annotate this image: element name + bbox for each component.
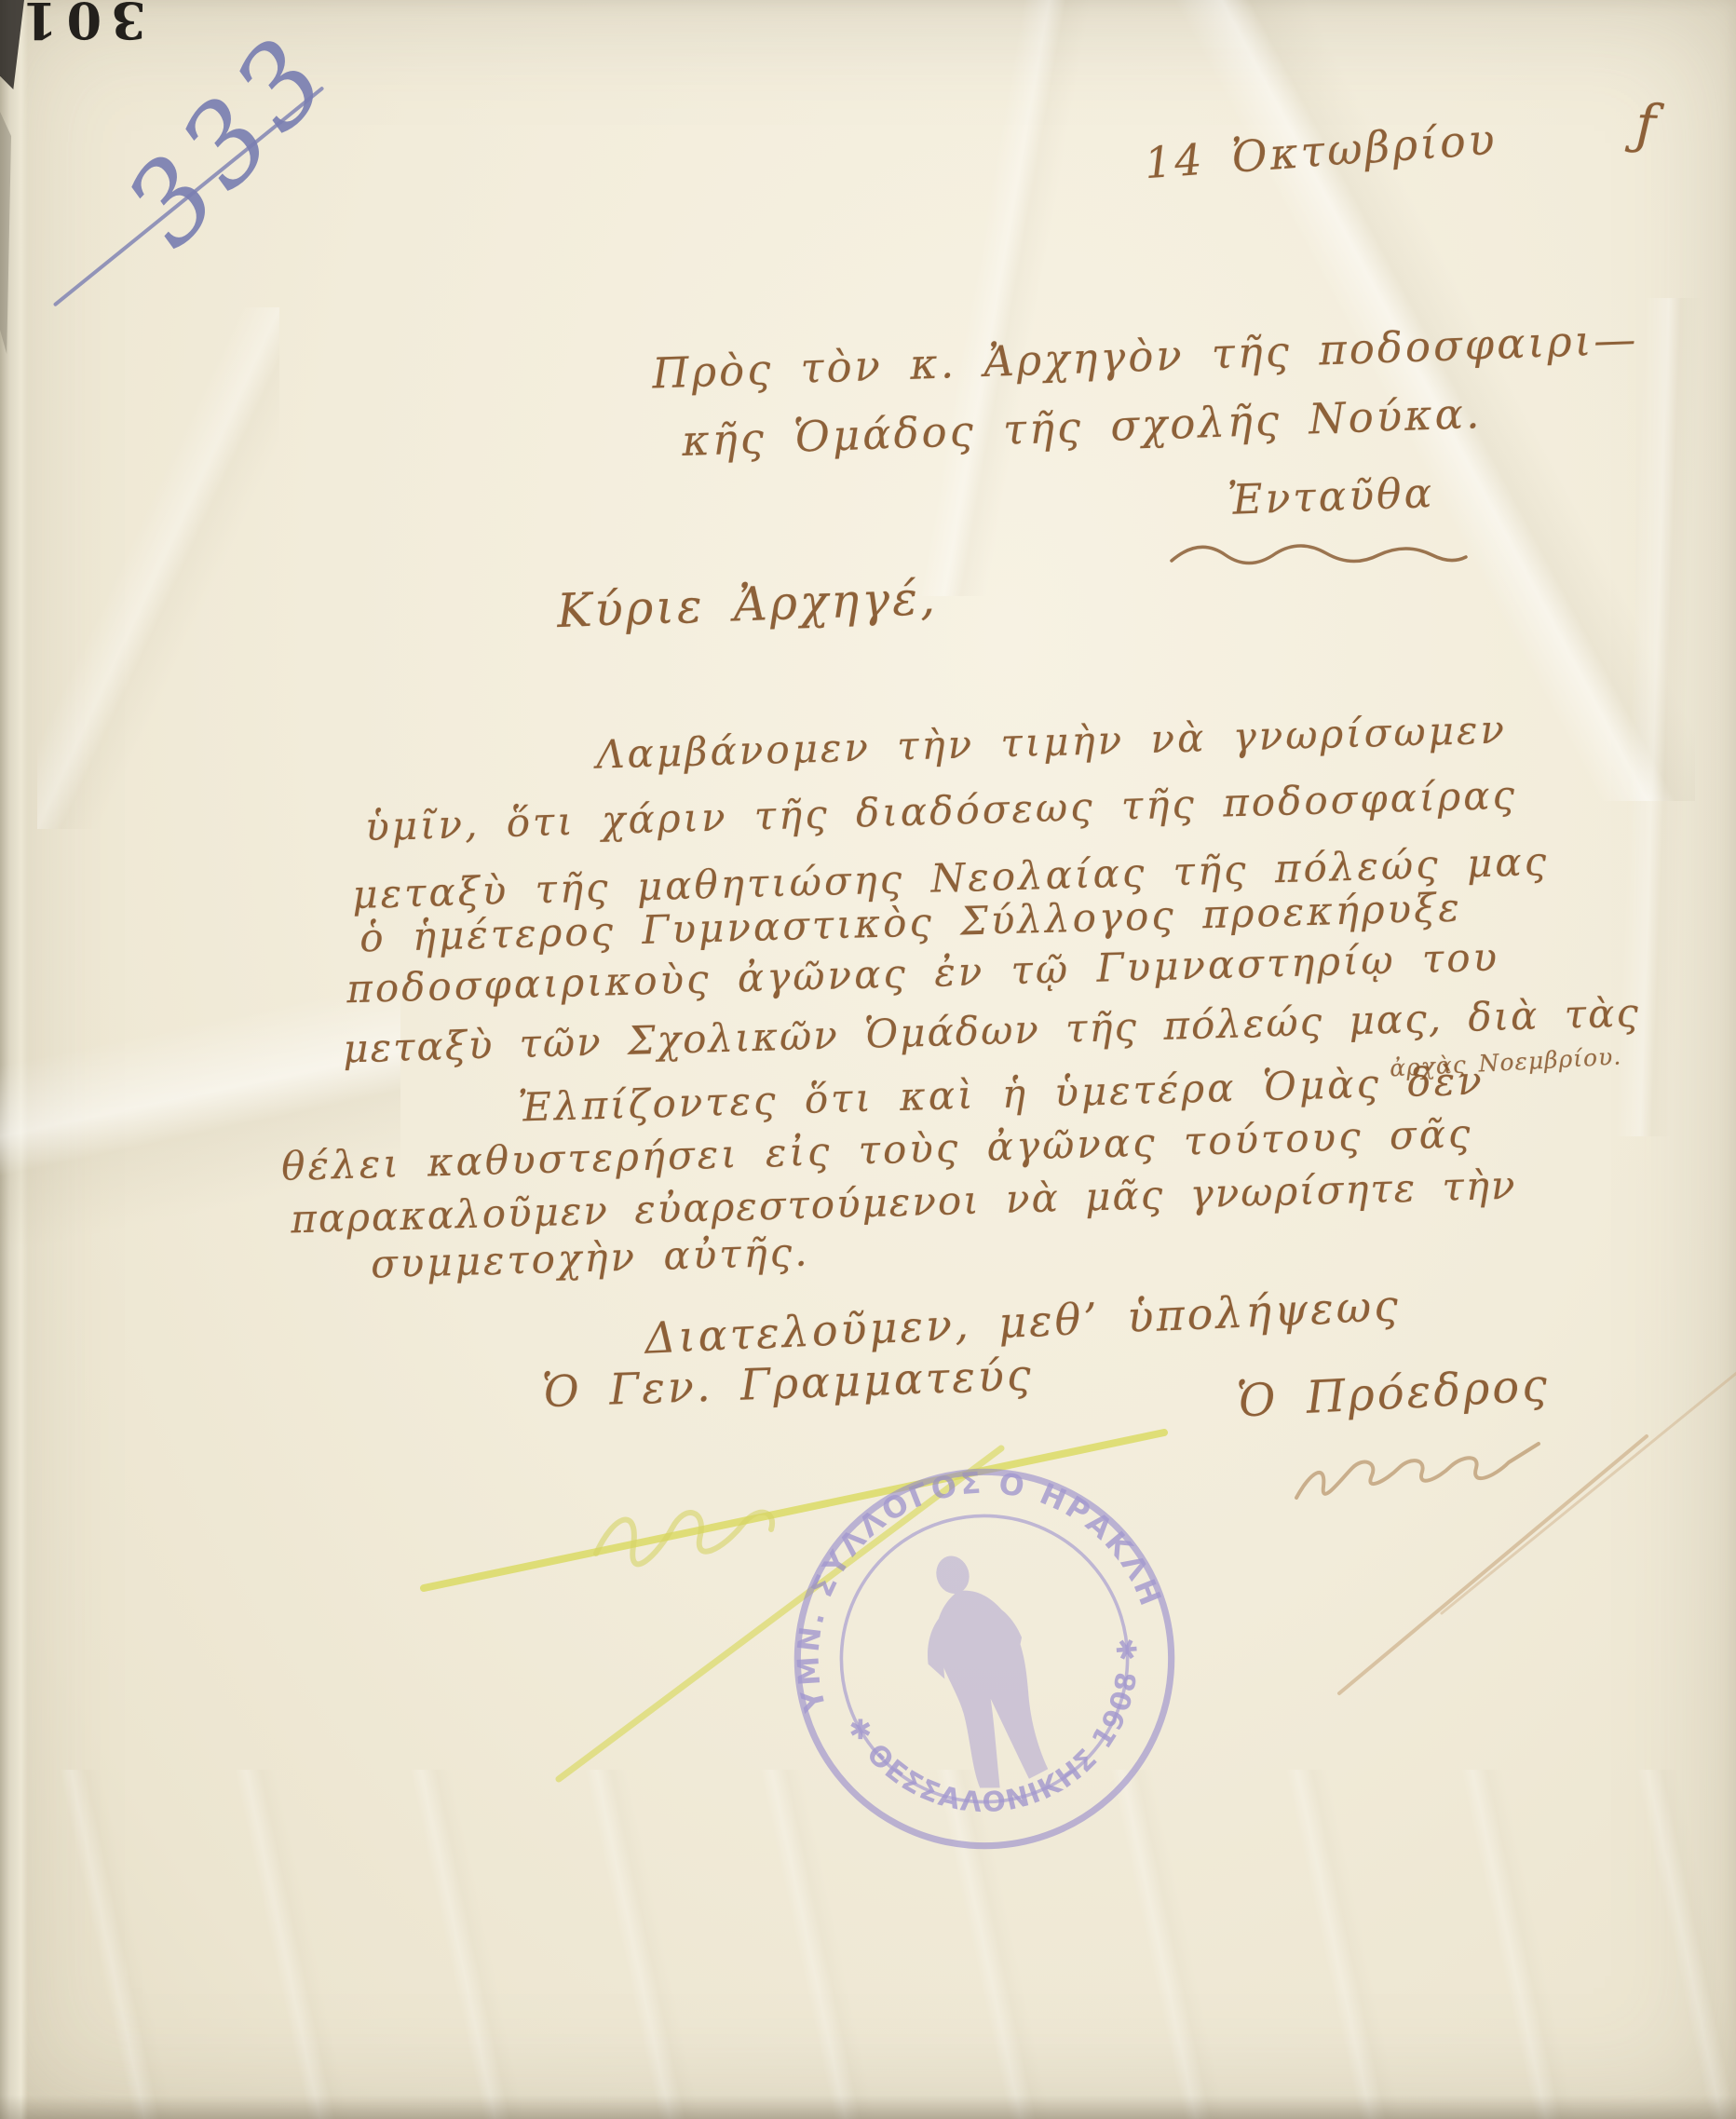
president-signature — [1296, 1444, 1539, 1498]
letter-scan: 301 333 14 Ὀκτωβρίουƒ Πρὸς τὸν κ. Ἀρχηγὸ… — [0, 0, 1736, 2119]
place-underline-flourish — [1172, 546, 1466, 564]
stamp-hercules-figure — [900, 1542, 1062, 1797]
signature-flourish-slash — [1442, 1367, 1736, 1613]
